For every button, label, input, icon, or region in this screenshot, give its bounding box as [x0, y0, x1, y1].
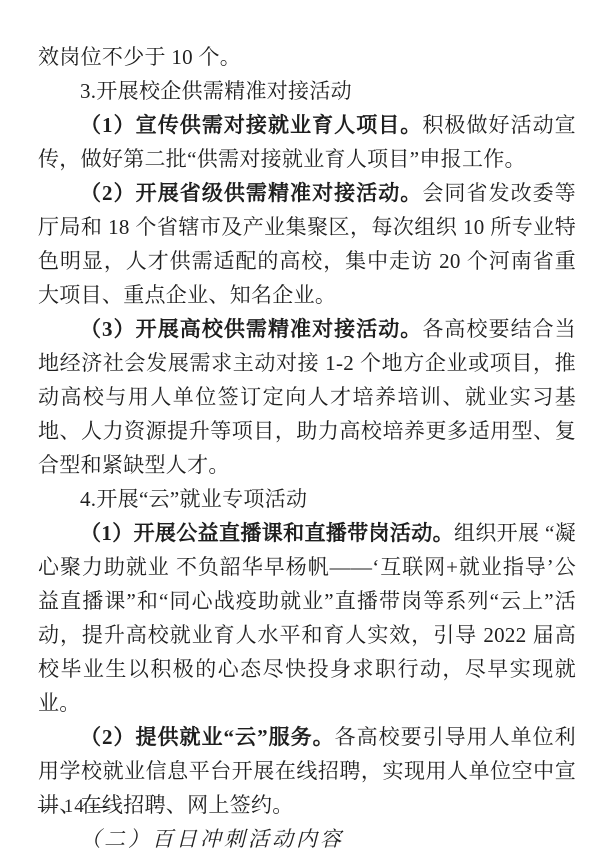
paragraph-lead: （1）开展公益直播课和直播带岗活动。: [80, 521, 454, 545]
paragraph-item-1: （1）宣传供需对接就业育人项目。积极做好活动宣传，做好第二批“供需对接就业育人项…: [38, 108, 576, 176]
paragraph-lead: （1）宣传供需对接就业育人项目。: [80, 113, 422, 137]
paragraph-lead: （2）提供就业“云”服务。: [80, 725, 335, 749]
paragraph-item-3: （3）开展高校供需精准对接活动。各高校要结合当地经济社会发展需求主动对接 1-2…: [38, 312, 576, 482]
paragraph-numbered-4: 4.开展“云”就业专项活动: [38, 482, 576, 516]
paragraph-text: 各高校要结合当地经济社会发展需求主动对接 1-2 个地方企业或项目，推动高校与用…: [38, 317, 576, 477]
paragraph-text: 效岗位不少于 10 个。: [38, 45, 241, 69]
paragraph-item-5: （2）提供就业“云”服务。各高校要引导用人单位利用学校就业信息平台开展在线招聘，…: [38, 720, 576, 822]
document-page: 效岗位不少于 10 个。 3.开展校企供需精准对接活动 （1）宣传供需对接就业育…: [0, 0, 615, 849]
section-heading: （二）百日冲刺活动内容: [38, 822, 576, 849]
paragraph-lead: （2）开展省级供需精准对接活动。: [80, 181, 422, 205]
paragraph-lead: （3）开展高校供需精准对接活动。: [80, 317, 422, 341]
page-number: — 14 —: [38, 796, 111, 818]
paragraph-text: 组织开展 “凝心聚力助就业 不负韶华早杨帆——‘互联网+就业指导’公益直播课”和…: [38, 521, 576, 715]
section-heading-text: （二）百日冲刺活动内容: [80, 827, 344, 849]
paragraph-text: 3.开展校企供需精准对接活动: [80, 79, 352, 103]
paragraph-item-4: （1）开展公益直播课和直播带岗活动。组织开展 “凝心聚力助就业 不负韶华早杨帆—…: [38, 516, 576, 720]
paragraph-item-2: （2）开展省级供需精准对接活动。会同省发改委等厅局和 18 个省辖市及产业集聚区…: [38, 176, 576, 312]
paragraph-numbered-3: 3.开展校企供需精准对接活动: [38, 74, 576, 108]
paragraph-text: 4.开展“云”就业专项活动: [80, 487, 307, 511]
paragraph-continuation: 效岗位不少于 10 个。: [38, 40, 576, 74]
